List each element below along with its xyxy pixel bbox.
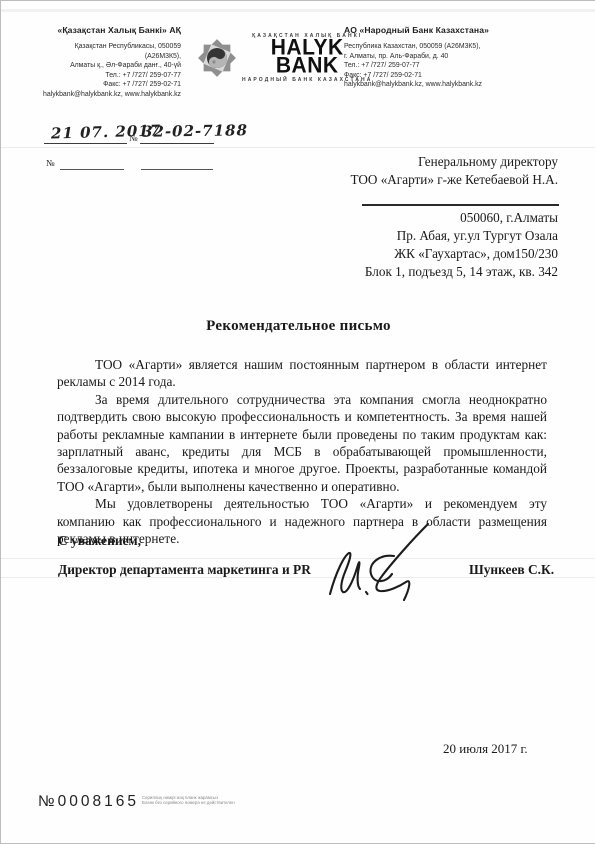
fineprint-russian: Бланк без серийного номера не действител… xyxy=(142,801,235,806)
email-web-line: halykbank@halykbank.kz, www.halykbank.kz xyxy=(344,80,544,90)
letter-title: Рекомендательное письмо xyxy=(1,318,595,335)
fax-line: Факс: +7 /727/ 259-02-71 xyxy=(344,71,544,81)
letter-date: 20 июля 2017 г. xyxy=(443,741,528,757)
scanned-letter-page: «Қазақстан Халық Банкі» АҚ Қазақстан Рес… xyxy=(0,0,595,844)
recipient-block: Генеральному директору ТОО «Агарти» г-же… xyxy=(350,153,558,189)
phone-line: Тел.: +7 /727/ 259-07-77 xyxy=(344,61,544,71)
recipient-divider-line xyxy=(362,204,559,206)
number-sign-label-blank: № xyxy=(46,158,55,168)
date-underline xyxy=(44,143,127,144)
recipient-address-block: 050060, г.Алматы Пр. Абая, уг.ул Тургут … xyxy=(365,209,558,281)
bank-name-russian: АО «Народный Банк Казахстана» xyxy=(344,25,544,35)
signer-position: Директор департамента маркетинга и PR xyxy=(58,562,311,578)
form-fineprint: Сериялық нөмірі жоқ бланк жарамсыз Бланк… xyxy=(142,796,235,806)
phone-line: Тел.: +7 /727/ 259-07-77 xyxy=(37,71,181,81)
address-line: Қазақстан Республикасы, 050059 (А26М3К5)… xyxy=(37,42,181,61)
blank-line xyxy=(60,169,124,170)
salutation: С уважением, xyxy=(58,533,141,549)
recipient-position: Генеральному директору xyxy=(350,153,558,171)
paragraph: ТОО «Агарти» является нашим постоянным п… xyxy=(57,356,547,391)
address-line: Алматы қ., Әл-Фараби данғ., 40-үй xyxy=(37,61,181,71)
address-street: Пр. Абая, уг.ул Тургут Озала xyxy=(365,227,558,245)
address-postcode-city: 050060, г.Алматы xyxy=(365,209,558,227)
address-line: Республика Казахстан, 050059 (А26М3К5), xyxy=(344,42,544,52)
address-apartment: Блок 1, подъезд 5, 14 этаж, кв. 342 xyxy=(365,263,558,281)
blank-line xyxy=(141,169,213,170)
scan-artifact-line xyxy=(1,147,595,148)
address-building: ЖК «Гаухартас», дом150/230 xyxy=(365,245,558,263)
handwritten-signature xyxy=(314,514,474,609)
recipient-name: ТОО «Агарти» г-же Кетебаевой Н.А. xyxy=(350,171,558,189)
form-serial-number: №0008165 xyxy=(38,793,139,811)
handwritten-outgoing-number: 32-02-7188 xyxy=(142,121,248,140)
halyk-star-icon xyxy=(196,35,238,81)
fax-line: Факс: +7 /727/ 259-02-71 xyxy=(37,80,181,90)
letterhead-kazakh-block: «Қазақстан Халық Банкі» АҚ Қазақстан Рес… xyxy=(37,25,181,100)
letterhead-russian-block: АО «Народный Банк Казахстана» Республика… xyxy=(344,25,544,90)
address-line: г. Алматы, пр. Аль-Фараби, д. 40 xyxy=(344,52,544,62)
bank-name-kazakh: «Қазақстан Халық Банкі» АҚ xyxy=(37,25,181,35)
number-underline xyxy=(140,143,214,144)
scan-artifact-band xyxy=(1,9,595,12)
halyk-bank-logo: ҚАЗАҚСТАН ХАЛЫҚ БАНКІ HALYK BANK НАРОДНЫ… xyxy=(196,27,346,89)
scan-artifact-line xyxy=(1,558,595,559)
signer-name: Шункеев С.К. xyxy=(469,562,554,578)
number-sign-label: № xyxy=(129,133,138,143)
email-web-line: halykbank@halykbank.kz, www.halykbank.kz xyxy=(37,90,181,100)
paragraph: За время длительного сотрудничества эта … xyxy=(57,391,547,495)
